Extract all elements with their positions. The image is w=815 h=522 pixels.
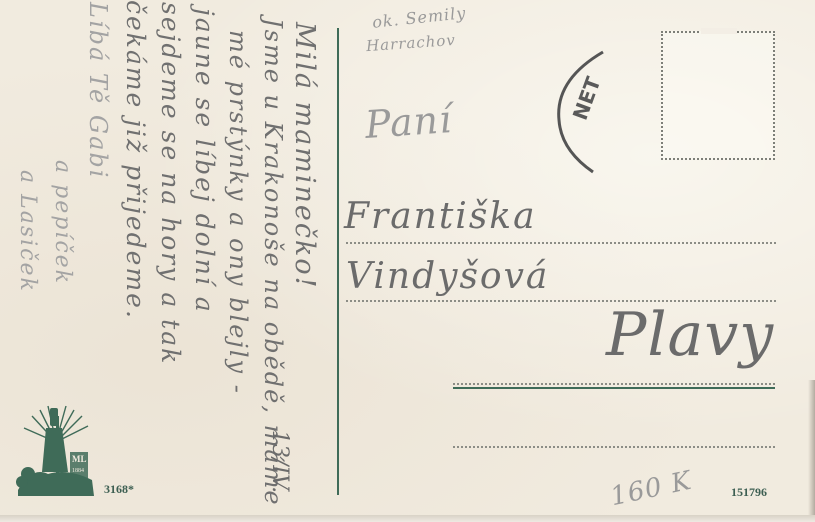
- message-date: 13/IV.: [267, 430, 292, 493]
- address-line-3: Plavy: [606, 300, 774, 370]
- pencil-price-note: 160 K: [608, 466, 695, 512]
- message-line-1: Milá maminečko!: [289, 22, 320, 290]
- address-dotted-line-3: [453, 383, 775, 385]
- message-line-9: a Lasiček: [15, 170, 40, 293]
- pencil-place-note: Harrachov: [365, 31, 456, 55]
- logo-monogram: ML: [72, 454, 87, 464]
- stamp-placeholder: [661, 31, 775, 160]
- message-line-8: a pepíček: [50, 160, 75, 285]
- address-salutation: Paní: [364, 97, 454, 147]
- address-line-2: Vindyšová: [346, 256, 549, 297]
- postmark-text: NET: [568, 73, 606, 123]
- publisher-logo-icon: ML 1884: [12, 402, 100, 500]
- card-edge-shadow: [808, 380, 815, 522]
- logo-year: 1884: [72, 468, 84, 474]
- message-line-5: sejdeme se na hory a tak: [156, 2, 185, 365]
- message-line-4: jaune se líbej dolní a: [190, 8, 219, 314]
- publisher-code: 3168*: [104, 482, 134, 497]
- message-line-3: mé prstýnky a ony blejly -: [224, 30, 252, 395]
- pencil-district-note: ok. Semily: [371, 3, 467, 32]
- address-line-1: Františka: [344, 196, 537, 237]
- card-bottom-edge: [0, 515, 815, 522]
- serial-number: 151796: [731, 485, 767, 500]
- message-line-6: čekáme již přijedeme.: [121, 0, 150, 320]
- stamp-box-gap: [701, 28, 737, 34]
- address-underline: [453, 387, 775, 389]
- address-dotted-line-1: [346, 242, 776, 244]
- message-line-7: Líbá Tě Gabi: [84, 2, 112, 179]
- postcard-back: Milá maminečko! Jsme u Krakonoše na oběd…: [0, 0, 815, 515]
- address-dotted-line-4: [453, 446, 775, 448]
- postmark-icon: NET: [545, 50, 635, 175]
- center-divider: [337, 28, 339, 495]
